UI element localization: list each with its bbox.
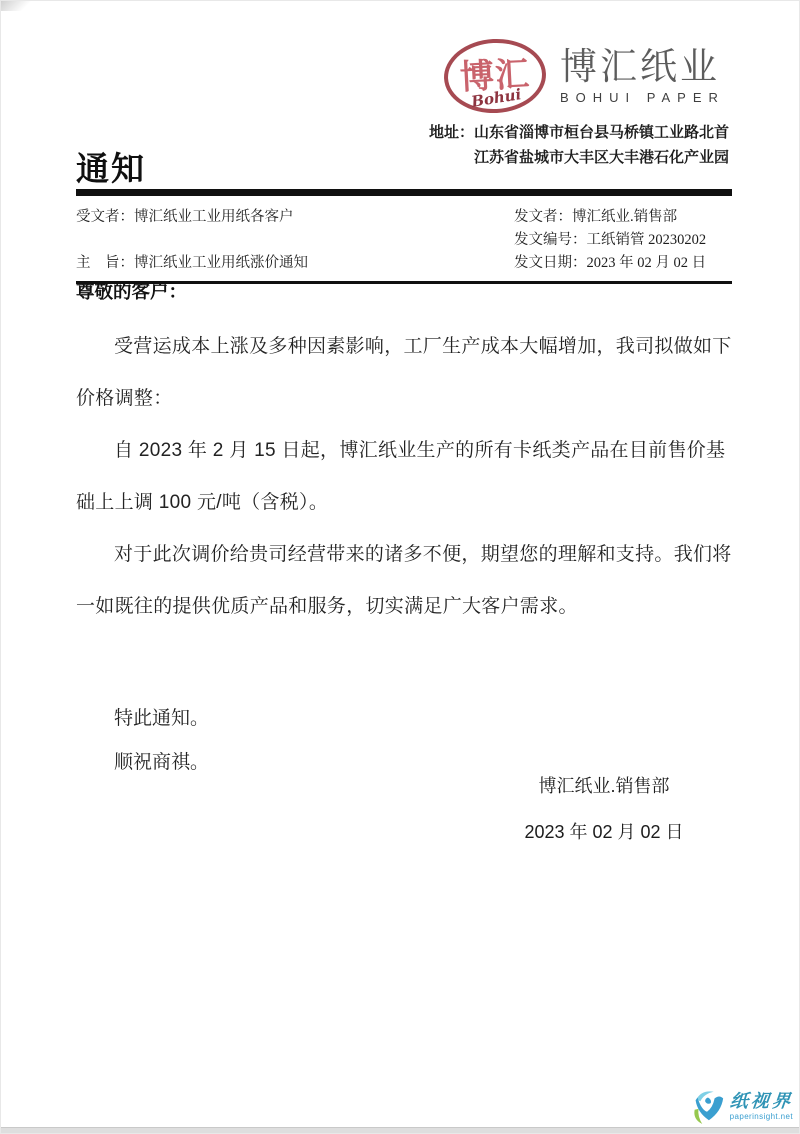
- meta-recipient: 受文者： 博汇纸业工业用纸各客户: [76, 204, 514, 227]
- signature-dept: 博汇纸业.销售部: [479, 771, 729, 801]
- photo-bottom-edge: [1, 1127, 799, 1133]
- closing-notice: 特此通知。: [76, 697, 732, 741]
- paragraph-3: 对于此次调价给贵司经营带来的诸多不便，期望您的理解和支持。我们将一如既往的提供优…: [76, 529, 732, 633]
- photo-corner-shade: [1, 1, 35, 11]
- signature-date: 2023 年 02 月 02 日: [479, 817, 729, 847]
- signature-block: 博汇纸业.销售部 2023 年 02 月 02 日: [479, 771, 729, 847]
- doc-no-value: 工纸销管 20230202: [587, 228, 707, 249]
- subject-value: 博汇纸业工业用纸涨价通知: [134, 251, 308, 272]
- date-label: 发文日期：: [514, 251, 587, 272]
- recipient-label: 受文者：: [76, 205, 134, 226]
- letter-body: 尊敬的客户： 受营运成本上涨及多种因素影响，工厂生产成本大幅增加，我司拟做如下价…: [76, 277, 732, 785]
- title-underline: 通知: [76, 149, 732, 196]
- meta-empty-cell: [76, 227, 514, 250]
- company-logo: 博汇 Bohui 博汇纸业 BOHUI PAPER: [444, 39, 725, 113]
- meta-doc-no: 发文编号： 工纸销管 20230202: [514, 227, 732, 250]
- paperinsight-logo-icon: [688, 1087, 726, 1125]
- company-name-block: 博汇纸业 BOHUI PAPER: [560, 47, 725, 105]
- meta-date: 发文日期： 2023 年 02 月 02 日: [514, 250, 732, 273]
- watermark-text-block: 纸视界 paperinsight.net: [730, 1092, 793, 1121]
- salutation: 尊敬的客户：: [76, 277, 732, 307]
- sender-label: 发文者：: [514, 205, 572, 226]
- paragraph-1: 受营运成本上涨及多种因素影响，工厂生产成本大幅增加，我司拟做如下价格调整：: [76, 321, 732, 425]
- paragraph-2: 自 2023 年 2 月 15 日起，博汇纸业生产的所有卡纸类产品在目前售价基础…: [76, 425, 732, 529]
- recipient-value: 博汇纸业工业用纸各客户: [134, 205, 294, 226]
- company-name-en: BOHUI PAPER: [560, 90, 725, 105]
- sender-value: 博汇纸业.销售部: [572, 205, 677, 226]
- watermark-name: 纸视界: [729, 1092, 794, 1110]
- page-title: 通知: [76, 150, 146, 187]
- date-value: 2023 年 02 月 02 日: [587, 251, 707, 272]
- address-line-1: 山东省淄博市桓台县马桥镇工业路北首: [474, 121, 729, 146]
- watermark-site: paperinsight.net: [730, 1113, 793, 1121]
- doc-no-label: 发文编号：: [514, 228, 587, 249]
- document-page: 博汇 Bohui 博汇纸业 BOHUI PAPER 地址： 山东省淄博市桓台县马…: [0, 0, 800, 1134]
- document-meta: 受文者： 博汇纸业工业用纸各客户 发文者： 博汇纸业.销售部 发文编号： 工纸销…: [76, 204, 732, 284]
- bohui-seal-icon: 博汇 Bohui: [442, 36, 548, 115]
- subject-label: 主 旨：: [76, 251, 134, 272]
- meta-subject: 主 旨： 博汇纸业工业用纸涨价通知: [76, 250, 514, 273]
- company-name-cn: 博汇纸业: [560, 47, 725, 87]
- paperinsight-watermark: 纸视界 paperinsight.net: [688, 1087, 793, 1125]
- meta-sender: 发文者： 博汇纸业.销售部: [514, 204, 732, 227]
